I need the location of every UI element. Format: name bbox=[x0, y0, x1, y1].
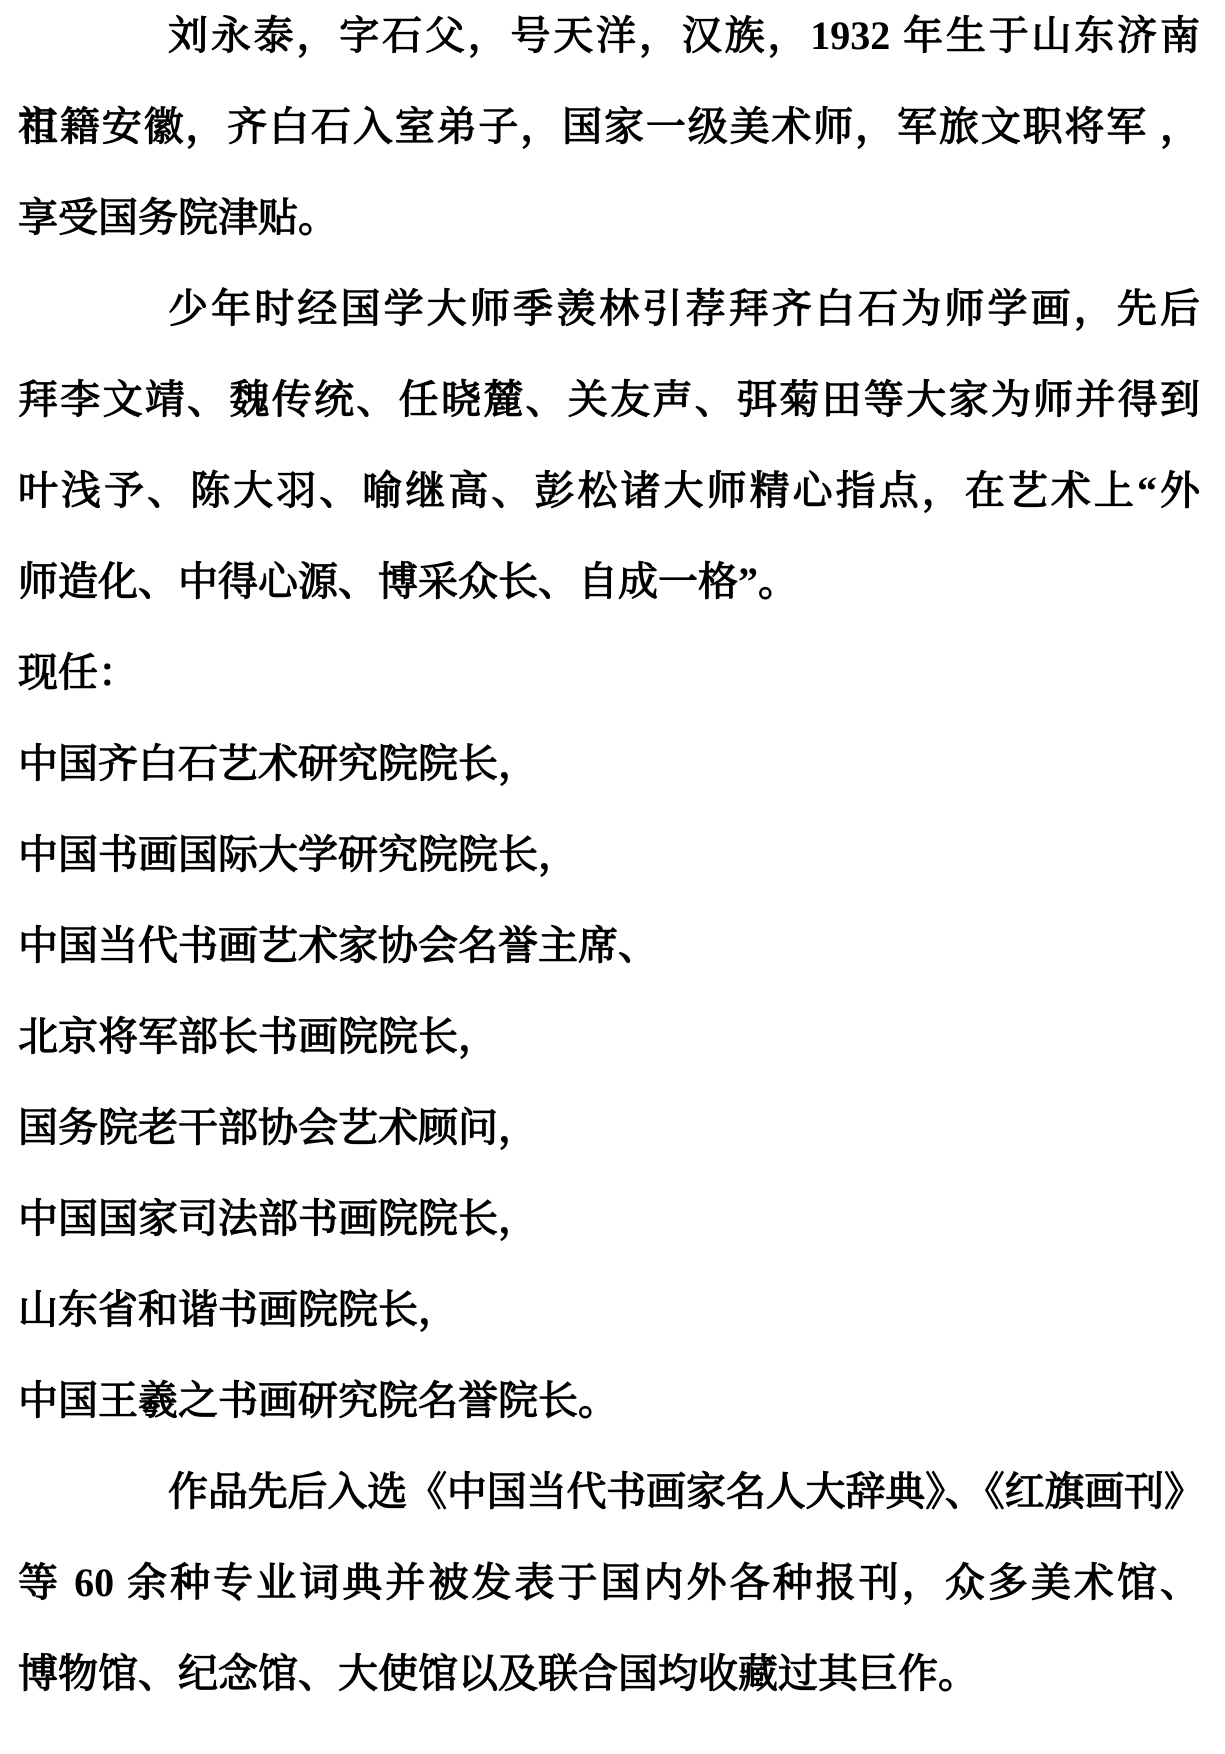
position-line: 中国齐白石艺术研究院院长， bbox=[18, 718, 1200, 809]
section-label: 现任： bbox=[18, 627, 1200, 718]
text-line: 作品先后入选《中国当代书画家名人大辞典》、《红旗画刊》 bbox=[18, 1446, 1200, 1537]
position-line: 山东省和谐书画院院长， bbox=[18, 1264, 1200, 1355]
text-line: 享受国务院津贴。 bbox=[18, 172, 1200, 263]
text-line: 刘永泰，字石父，号天洋，汉族，1932 年生于山东济南市， bbox=[18, 0, 1200, 81]
position-line: 国务院老干部协会艺术顾问， bbox=[18, 1082, 1200, 1173]
text-line: 拜李文靖、魏传统、任晓麓、关友声、弭菊田等大家为师并得到 bbox=[18, 354, 1200, 445]
position-line: 中国王羲之书画研究院名誉院长。 bbox=[18, 1355, 1200, 1446]
text-line: 少年时经国学大师季羡林引荐拜齐白石为师学画，先后 bbox=[18, 263, 1200, 354]
position-line: 中国书画国际大学研究院院长， bbox=[18, 809, 1200, 900]
text-line: 祖籍安徽，齐白石入室弟子，国家一级美术师，军旅文职将军 ， bbox=[18, 81, 1200, 172]
text-line: 等 60 余种专业词典并被发表于国内外各种报刊，众多美术馆、 bbox=[18, 1537, 1200, 1628]
position-line: 中国当代书画艺术家协会名誉主席、 bbox=[18, 900, 1200, 991]
document-body: 刘永泰，字石父，号天洋，汉族，1932 年生于山东济南市， 祖籍安徽，齐白石入室… bbox=[18, 0, 1200, 1719]
position-line: 中国国家司法部书画院院长， bbox=[18, 1173, 1200, 1264]
position-line: 北京将军部长书画院院长， bbox=[18, 991, 1200, 1082]
text-line: 博物馆、纪念馆、大使馆以及联合国均收藏过其巨作。 bbox=[18, 1628, 1200, 1719]
text-line: 师造化、中得心源、博采众长、自成一格”。 bbox=[18, 536, 1200, 627]
text-line: 叶浅予、陈大羽、喻继高、彭松诸大师精心指点，在艺术上“外 bbox=[18, 445, 1200, 536]
document-page: 刘永泰，字石父，号天洋，汉族，1932 年生于山东济南市， 祖籍安徽，齐白石入室… bbox=[0, 0, 1225, 1744]
